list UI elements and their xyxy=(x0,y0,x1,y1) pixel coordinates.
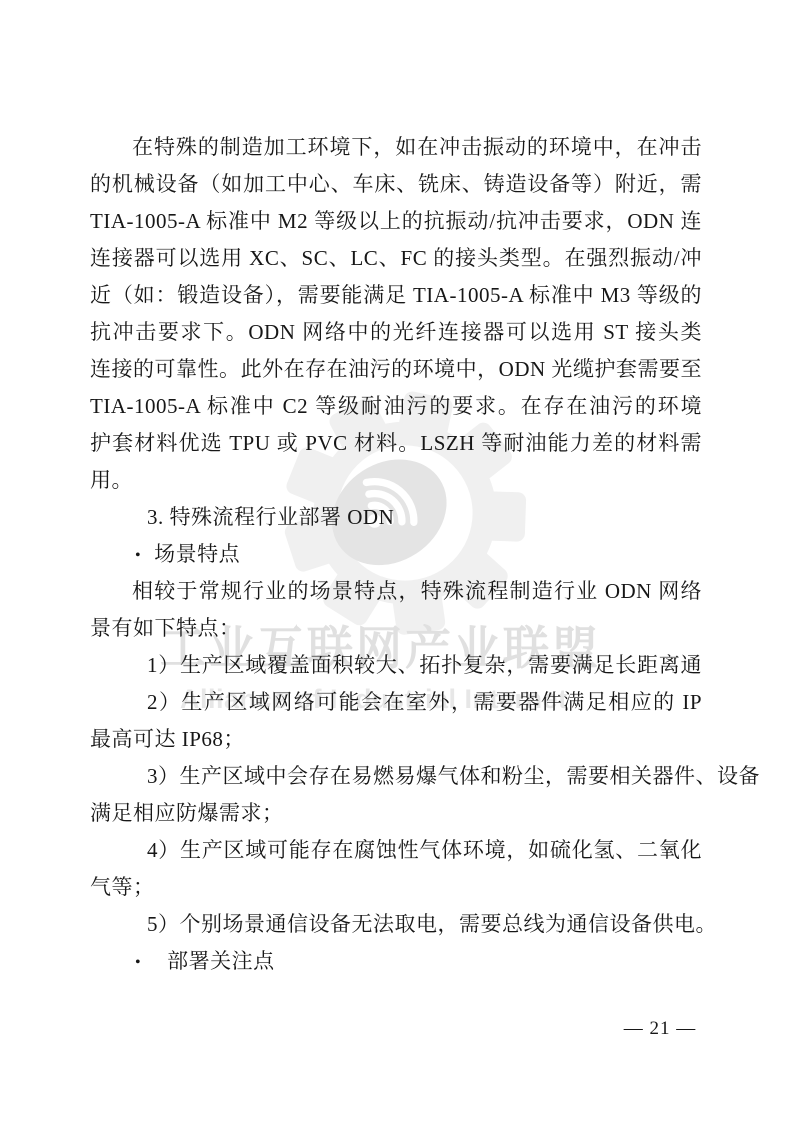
page-number: — 21 — xyxy=(595,1018,725,1040)
text-line: 用。 xyxy=(90,462,702,499)
bullet-icon: • xyxy=(135,547,141,564)
bullet-label: 部署关注点 xyxy=(167,949,275,973)
text-line: 4）生产区域可能存在腐蚀性气体环境，如硫化氢、二氧化硫、氨 xyxy=(90,832,702,869)
text-line: 景有如下特点： xyxy=(90,610,702,647)
text-line: 气等； xyxy=(90,869,702,906)
text-line: 的机械设备（如加工中心、车床、铣床、铸造设备等）附近，需要满足 xyxy=(90,166,702,203)
bullet-label: 场景特点 xyxy=(154,542,240,566)
text-line: 抗冲击要求下。ODN 网络中的光纤连接器可以选用 ST 接头类型，以保证 xyxy=(90,314,702,351)
text-line: 近（如：锻造设备），需要能满足 TIA-1005-A 标准中 M3 等级的抗振动… xyxy=(90,277,702,314)
text-column: 在特殊的制造加工环境下，如在冲击振动的环境中，在冲击不强烈的机械设备（如加工中心… xyxy=(90,129,702,980)
text-line: 在特殊的制造加工环境下，如在冲击振动的环境中，在冲击不强烈 xyxy=(90,129,702,166)
text-line: 满足相应防爆需求； xyxy=(90,795,702,832)
text-line: 2）生产区域网络可能会在室外，需要器件满足相应的 IP 防护需求， xyxy=(90,684,702,721)
text-line: 连接的可靠性。此外在存在油污的环境中，ODN 光缆护套需要至少满足 xyxy=(90,351,702,388)
text-line: 5）个别场景通信设备无法取电，需要总线为通信设备供电。 xyxy=(90,906,702,943)
text-line: 相较于常规行业的场景特点，特殊流程制造行业 ODN 网络的应用场 xyxy=(90,573,702,610)
text-line: 连接器可以选用 XC、SC、LC、FC 的接头类型。在强烈振动/冲击设备附 xyxy=(90,240,702,277)
document-page: 工业互联网产业联盟 Alliance of Industrial Interne… xyxy=(0,0,793,1122)
text-line: TIA-1005-A 标准中 C2 等级耐油污的要求。在存在油污的环境中，光缆 xyxy=(90,388,702,425)
section-heading: 3. 特殊流程行业部署 ODN xyxy=(90,499,702,536)
bullet-item: •部署关注点 xyxy=(90,943,702,980)
text-line: 3）生产区域中会存在易燃易爆气体和粉尘，需要相关器件、设备 xyxy=(90,758,702,795)
text-line: 最高可达 IP68； xyxy=(90,721,702,758)
bullet-item: •场景特点 xyxy=(90,536,702,573)
text-line: 护套材料优选 TPU 或 PVC 材料。LSZH 等耐油能力差的材料需慎用或不 xyxy=(90,425,702,462)
bullet-icon: • xyxy=(135,954,141,971)
text-line: TIA-1005-A 标准中 M2 等级以上的抗振动/抗冲击要求，ODN 连接用… xyxy=(90,203,702,240)
text-line: 1）生产区域覆盖面积较大、拓扑复杂，需要满足长距离通信要求； xyxy=(90,647,702,684)
